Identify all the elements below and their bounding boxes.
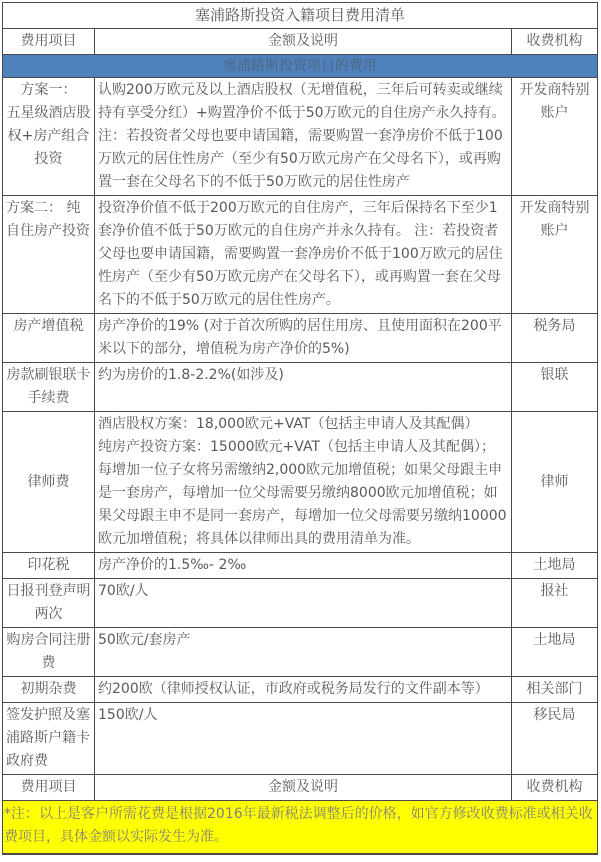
section-banner: 塞浦路斯投资项目的费用 xyxy=(3,55,598,78)
fee-item: 购房合同注册费 xyxy=(3,628,95,677)
table-header-row: 费用项目 金额及说明 收费机构 xyxy=(3,29,598,55)
fee-amount: 70欧/人 xyxy=(95,579,512,628)
fee-amount: 投资净价值不低于200万欧元的自住房产，三年后保持名下至少1套净价值不低于50万… xyxy=(95,196,512,314)
fee-document: 塞浦路斯投资入籍项目费用清单 费用项目 金额及说明 收费机构 塞浦路斯投资项目的… xyxy=(0,0,601,862)
table-row: 塞浦路斯投资入籍项目费用清单 xyxy=(3,3,598,29)
fee-agency: 开发商特别账户 xyxy=(512,78,598,196)
fee-agency: 相关部门 xyxy=(512,677,598,703)
fee-agency: 报社 xyxy=(512,579,598,628)
footer-column-header-agency: 收费机构 xyxy=(512,775,598,801)
table-row: 日报刊登声明两次 70欧/人 报社 xyxy=(3,579,598,628)
fee-item: 日报刊登声明两次 xyxy=(3,579,95,628)
fee-item: 签发护照及塞浦路斯户籍卡政府费 xyxy=(3,703,95,775)
fee-item: 房款刷银联卡手续费 xyxy=(3,363,95,412)
fee-agency: 移民局 xyxy=(512,703,598,775)
page-title: 塞浦路斯投资入籍项目费用清单 xyxy=(3,3,598,29)
footer-column-header-amount: 金额及说明 xyxy=(95,775,512,801)
fee-agency: 律师 xyxy=(512,412,598,553)
table-row: 签发护照及塞浦路斯户籍卡政府费 150欧/人 移民局 xyxy=(3,703,598,775)
fee-amount: 房产净价的1.5‰- 2‰ xyxy=(95,553,512,579)
table-row: 印花税 房产净价的1.5‰- 2‰ 土地局 xyxy=(3,553,598,579)
column-header-amount: 金额及说明 xyxy=(95,29,512,55)
fee-amount: 酒店股权方案：18,000欧元+VAT（包括主申请人及其配偶） 纯房产投资方案：… xyxy=(95,412,512,553)
fee-agency: 土地局 xyxy=(512,628,598,677)
fee-amount: 房产净价的19% (对于首次所购的居住用房、且使用面积在200平米以下的部分，增… xyxy=(95,314,512,363)
column-header-item: 费用项目 xyxy=(3,29,95,55)
fee-agency: 土地局 xyxy=(512,553,598,579)
table-row: 房款刷银联卡手续费 约为房价的1.8-2.2%(如涉及) 银联 xyxy=(3,363,598,412)
fee-amount: 约200欧（律师授权认证，市政府或税务局发行的文件副本等） xyxy=(95,677,512,703)
table-row: 初期杂费 约200欧（律师授权认证，市政府或税务局发行的文件副本等） 相关部门 xyxy=(3,677,598,703)
fee-agency: 开发商特别账户 xyxy=(512,196,598,314)
table-footer-header-row: 费用项目 金额及说明 收费机构 xyxy=(3,775,598,801)
fee-item: 初期杂费 xyxy=(3,677,95,703)
fee-amount: 认购200万欧元及以上酒店股权（无增值税，三年后可转卖或继续持有享受分红）+购置… xyxy=(95,78,512,196)
table-row: 购房合同注册费 50欧元/套房产 土地局 xyxy=(3,628,598,677)
fee-agency: 银联 xyxy=(512,363,598,412)
fee-agency: 税务局 xyxy=(512,314,598,363)
table-row: 律师费 酒店股权方案：18,000欧元+VAT（包括主申请人及其配偶） 纯房产投… xyxy=(3,412,598,553)
column-header-agency: 收费机构 xyxy=(512,29,598,55)
fee-amount: 50欧元/套房产 xyxy=(95,628,512,677)
fee-item: 方案一： 五星级酒店股权+房产组合投资 xyxy=(3,78,95,196)
table-row: 房产增值税 房产净价的19% (对于首次所购的居住用房、且使用面积在200平米以… xyxy=(3,314,598,363)
footnote-row: *注：以上是客户所需花费是根据2016年最新税法调整后的价格，如官方修改收费标准… xyxy=(3,801,598,855)
fee-amount: 150欧/人 xyxy=(95,703,512,775)
fee-item: 律师费 xyxy=(3,412,95,553)
section-banner-row: 塞浦路斯投资项目的费用 xyxy=(3,55,598,78)
fee-item: 方案二： 纯自住房产投资 xyxy=(3,196,95,314)
fee-item: 房产增值税 xyxy=(3,314,95,363)
fee-item: 印花税 xyxy=(3,553,95,579)
table-row: 方案一： 五星级酒店股权+房产组合投资 认购200万欧元及以上酒店股权（无增值税… xyxy=(3,78,598,196)
table-row: 方案二： 纯自住房产投资 投资净价值不低于200万欧元的自住房产，三年后保持名下… xyxy=(3,196,598,314)
fee-amount: 约为房价的1.8-2.2%(如涉及) xyxy=(95,363,512,412)
footer-column-header-item: 费用项目 xyxy=(3,775,95,801)
footnote: *注：以上是客户所需花费是根据2016年最新税法调整后的价格，如官方修改收费标准… xyxy=(3,801,598,855)
fee-table: 塞浦路斯投资入籍项目费用清单 费用项目 金额及说明 收费机构 塞浦路斯投资项目的… xyxy=(2,2,598,855)
